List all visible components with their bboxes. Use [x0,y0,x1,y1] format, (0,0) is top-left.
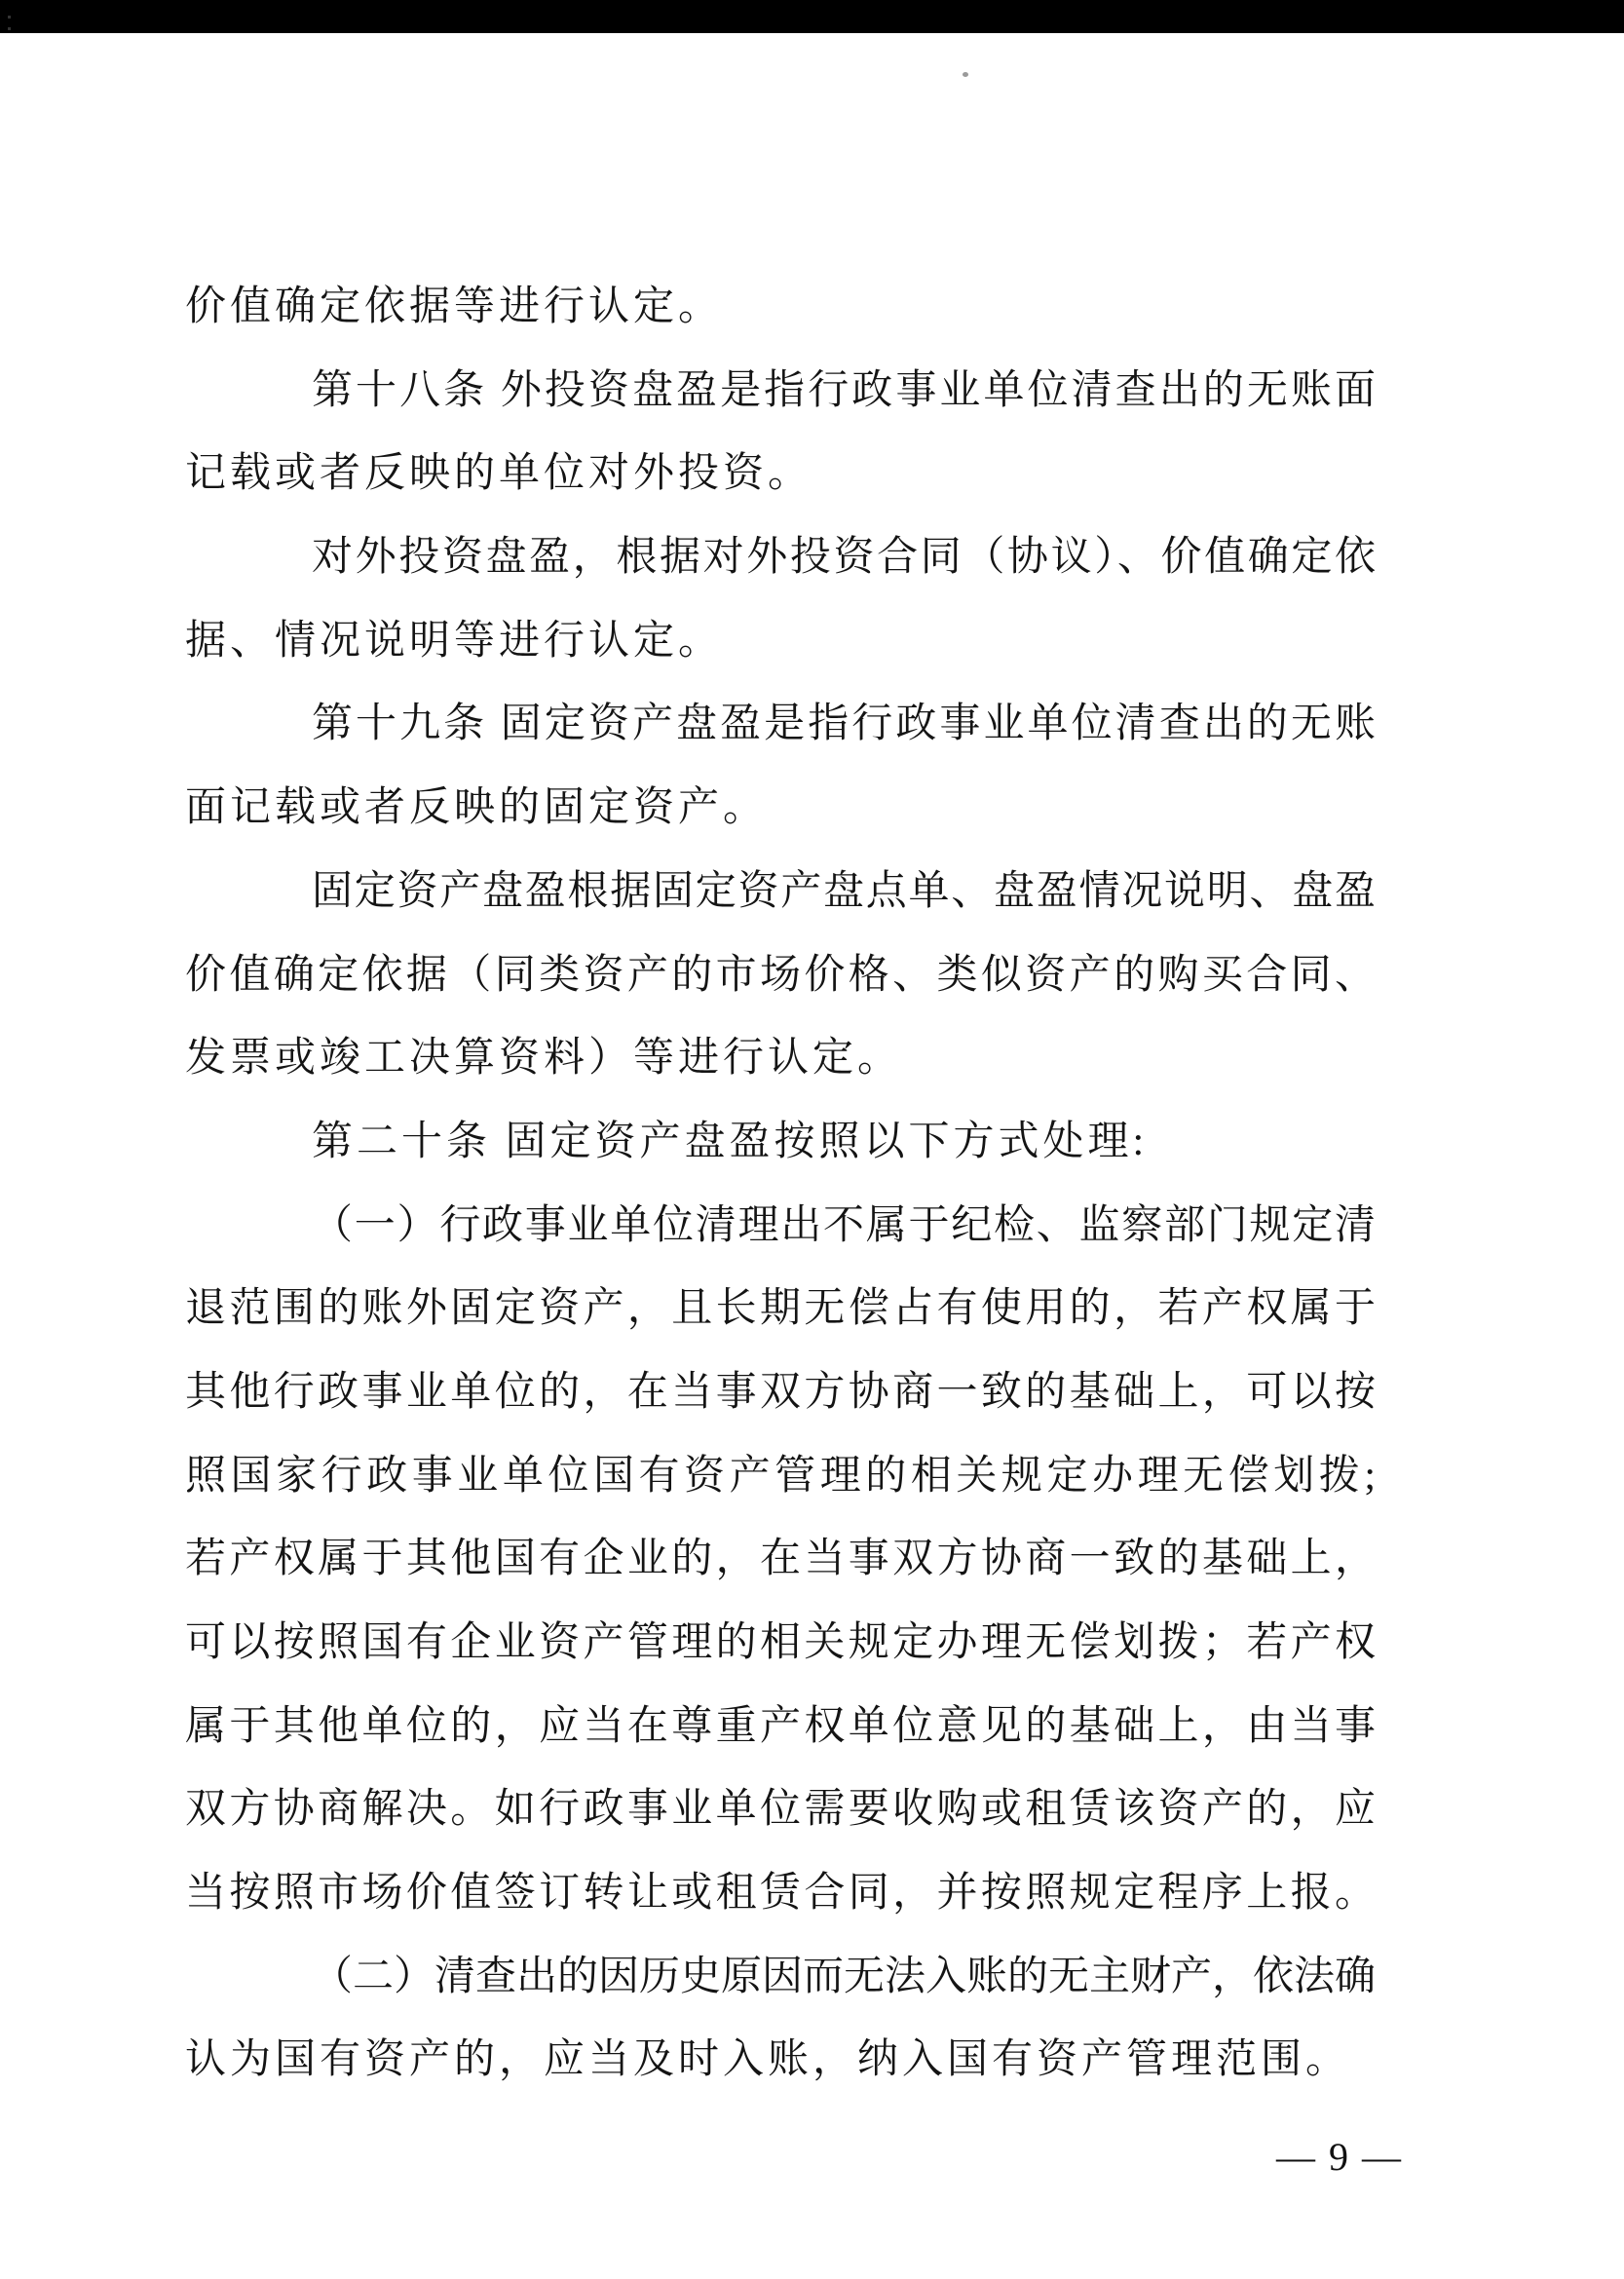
text-line: 其他行政事业单位的，在当事双方协商一致的基础上，可以按 [185,1351,1376,1435]
text-line: 若产权属于其他国有企业的，在当事双方协商一致的基础上， [185,1518,1376,1602]
text-line: 可以按照国有企业资产管理的相关规定办理无偿划拨；若产权 [185,1602,1376,1686]
page-number: — 9 — [1227,2134,1452,2180]
scan-speck-left-1 [8,16,11,19]
text-line: 记载或者反映的单位对外投资。 [185,433,1376,516]
text-line: 双方协商解决。如行政事业单位需要收购或租赁该资产的，应 [185,1768,1376,1852]
text-line: 价值确定依据（同类资产的市场价格、类似资产的购买合同、 [185,934,1376,1018]
scanned-document-page: 价值确定依据等进行认定。第十八条 外投资盘盈是指行政事业单位清查出的无账面记载或… [0,0,1624,2279]
text-line: 价值确定依据等进行认定。 [185,266,1376,350]
text-line: 面记载或者反映的固定资产。 [185,767,1376,851]
text-line: 认为国有资产的，应当及时入账，纳入国有资产管理范围。 [185,2019,1376,2103]
text-line: 当按照市场价值签订转让或租赁合同，并按照规定程序上报。 [185,1852,1376,1936]
scan-artifact-top-bar [0,0,1624,33]
text-line: 照国家行政事业单位国有资产管理的相关规定办理无偿划拨; [185,1435,1376,1519]
text-line: 退范围的账外固定资产，且长期无偿占有使用的，若产权属于 [185,1268,1376,1351]
text-line: 发票或竣工决算资料）等进行认定。 [185,1017,1376,1101]
text-line: 固定资产盘盈根据固定资产盘点单、盘盈情况说明、盘盈 [185,851,1376,934]
scan-artifact-right-edge [1616,6,1619,31]
text-line: 第十八条 外投资盘盈是指行政事业单位清查出的无账面 [185,350,1376,434]
text-line: （二）清查出的因历史原因而无法入账的无主财产，依法确 [185,1936,1376,2020]
text-line: （一）行政事业单位清理出不属于纪检、监察部门规定清 [185,1185,1376,1269]
text-line: 对外投资盘盈，根据对外投资合同（协议）、价值确定依 [185,516,1376,600]
scan-speck-center [963,72,968,77]
scan-speck-left-2 [8,27,11,30]
body-text: 价值确定依据等进行认定。第十八条 外投资盘盈是指行政事业单位清查出的无账面记载或… [185,266,1376,2103]
text-line: 属于其他单位的，应当在尊重产权单位意见的基础上，由当事 [185,1686,1376,1769]
text-line: 据、情况说明等进行认定。 [185,600,1376,684]
text-line: 第二十条 固定资产盘盈按照以下方式处理: [185,1101,1376,1185]
text-line: 第十九条 固定资产盘盈是指行政事业单位清查出的无账 [185,683,1376,767]
